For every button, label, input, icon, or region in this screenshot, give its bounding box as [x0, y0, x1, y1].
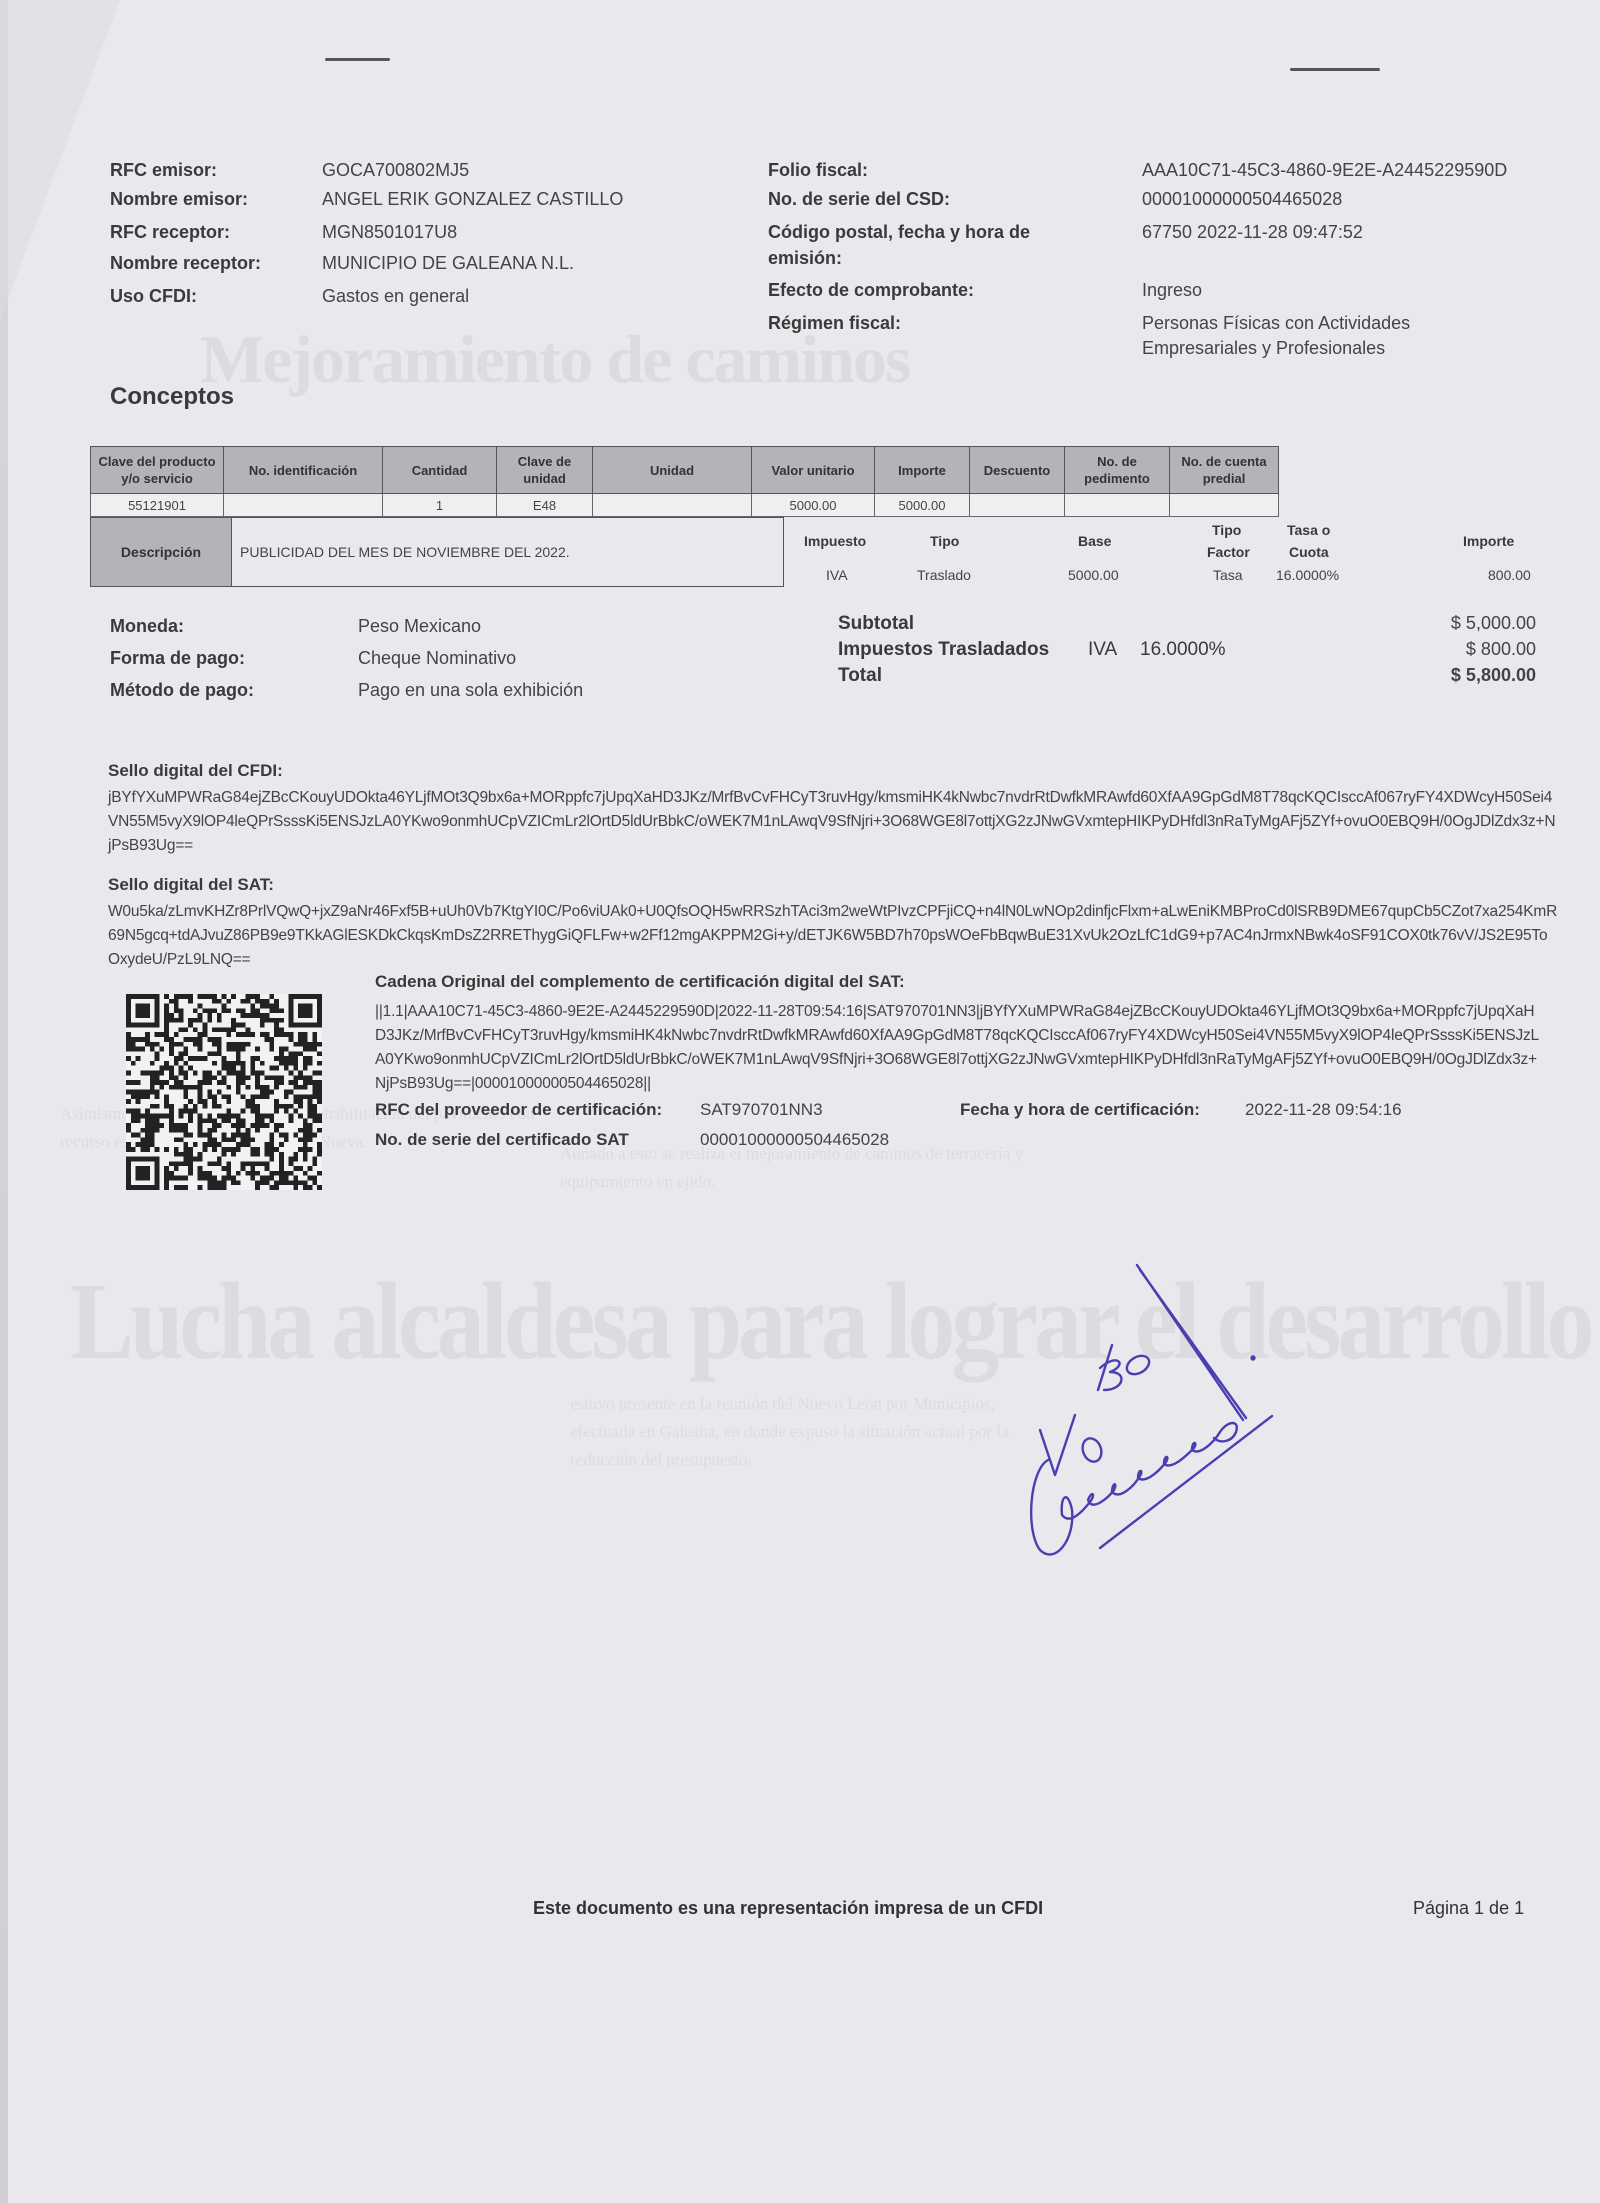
col-no-pedimento: No. de pedimento	[1065, 447, 1170, 494]
base-value: 5000.00	[1068, 567, 1119, 583]
subtotal-value: $ 5,000.00	[1336, 613, 1536, 634]
tipo-factor-header-2: Factor	[1207, 544, 1250, 560]
metodo-pago-value: Pago en una sola exhibición	[358, 680, 583, 701]
tasa-header-1: Tasa o	[1287, 522, 1330, 538]
codigo-postal-label: Código postal, fecha y hora de	[768, 222, 1030, 243]
uso-cfdi-value: Gastos en general	[322, 286, 469, 307]
col-importe: Importe	[875, 447, 970, 494]
forma-pago-value: Cheque Nominativo	[358, 648, 516, 669]
folded-corner	[0, 0, 120, 320]
nombre-receptor-label: Nombre receptor:	[110, 253, 322, 274]
rfc-emisor-label: RFC emisor:	[110, 160, 322, 181]
moneda-label: Moneda:	[110, 616, 184, 637]
codigo-postal-value: 67750 2022-11-28 09:47:52	[1142, 222, 1363, 243]
tasa-header-2: Cuota	[1289, 544, 1329, 560]
rfc-proveedor-value: SAT970701NN3	[700, 1100, 823, 1120]
uso-cfdi-label: Uso CFDI:	[110, 286, 322, 307]
descripcion-value: PUBLICIDAD DEL MES DE NOVIEMBRE DEL 2022…	[232, 518, 783, 586]
cell	[224, 494, 383, 517]
signature-stroke-v	[1040, 1415, 1075, 1475]
base-header: Base	[1078, 533, 1111, 549]
tipo-value: Traslado	[917, 567, 971, 583]
cell	[970, 494, 1065, 517]
total-value: $ 5,800.00	[1336, 665, 1536, 686]
serie-sat-label: No. de serie del certificado SAT	[375, 1130, 629, 1150]
col-clave-producto: Clave del producto y/o servicio	[91, 447, 224, 494]
tipo-factor-header-1: Tipo	[1212, 522, 1241, 538]
importe-header: Importe	[1463, 533, 1514, 549]
impuesto-value: IVA	[826, 567, 848, 583]
folio-fiscal-value: AAA10C71-45C3-4860-9E2E-A2445229590D	[1142, 160, 1507, 181]
col-no-identificacion: No. identificación	[224, 447, 383, 494]
bleed-through-headline: Lucha alcaldesa para lograr el desarroll…	[70, 1257, 1600, 1385]
col-descuento: Descuento	[970, 447, 1065, 494]
importe-value: 800.00	[1488, 567, 1531, 583]
cadena-original-title: Cadena Original del complemento de certi…	[375, 972, 905, 992]
cell: 5000.00	[875, 494, 970, 517]
descripcion-box: Descripción PUBLICIDAD DEL MES DE NOVIEM…	[90, 517, 784, 587]
rfc-emisor-value: GOCA700802MJ5	[322, 160, 469, 181]
total-label: Total	[838, 665, 882, 687]
fecha-certificacion-value: 2022-11-28 09:54:16	[1245, 1100, 1402, 1120]
rfc-receptor-label: RFC receptor:	[110, 222, 322, 243]
col-cantidad: Cantidad	[383, 447, 497, 494]
scan-edge	[0, 0, 8, 2203]
serie-csd-value: 00001000000504465028	[1142, 189, 1342, 210]
regimen-label: Régimen fiscal:	[768, 313, 901, 334]
sello-cfdi-value: jBYfYXuMPWRaG84ejZBcCKouyUDOkta46YLjfMOt…	[108, 786, 1558, 858]
rfc-receptor-value: MGN8501017U8	[322, 222, 457, 243]
impuestos-tax-name: IVA	[1088, 639, 1117, 661]
subtotal-label: Subtotal	[838, 613, 914, 635]
col-unidad: Unidad	[593, 447, 752, 494]
efecto-value: Ingreso	[1142, 280, 1202, 301]
regimen-value-1: Personas Físicas con Actividades	[1142, 313, 1410, 334]
col-valor-unitario: Valor unitario	[752, 447, 875, 494]
cell	[1170, 494, 1279, 517]
serie-sat-value: 00001000000504465028	[700, 1130, 889, 1150]
staple-mark	[325, 58, 390, 61]
tasa-value: 16.0000%	[1276, 567, 1339, 583]
codigo-postal-label-cont: emisión:	[768, 248, 842, 269]
footer-note: Este documento es una representación imp…	[533, 1898, 1043, 1919]
rfc-proveedor-label: RFC del proveedor de certificación:	[375, 1100, 662, 1120]
col-cuenta-predial: No. de cuenta predial	[1170, 447, 1279, 494]
sello-sat-value: W0u5ka/zLmvKHZr8PrlVQwQ+jxZ9aNr46Fxf5B+u…	[108, 900, 1558, 972]
col-clave-unidad: Clave de unidad	[497, 447, 593, 494]
tipo-header: Tipo	[930, 533, 959, 549]
impuestos-value: $ 800.00	[1336, 639, 1536, 660]
folio-fiscal-label: Folio fiscal:	[768, 160, 868, 181]
nombre-emisor-value: ANGEL ERIK GONZALEZ CASTILLO	[322, 189, 623, 210]
handwritten-signature	[1000, 1250, 1320, 1570]
moneda-value: Peso Mexicano	[358, 616, 481, 637]
cell: 1	[383, 494, 497, 517]
bleed-through-text: estuvo presente en la reunión del Nuevo …	[570, 1390, 1010, 1474]
impuestos-trasladados-label: Impuestos Trasladados	[838, 639, 1049, 661]
impuestos-tax-rate: 16.0000%	[1140, 639, 1226, 661]
forma-pago-label: Forma de pago:	[110, 648, 245, 669]
fecha-certificacion-label: Fecha y hora de certificación:	[960, 1100, 1200, 1120]
cell: 5000.00	[752, 494, 875, 517]
efecto-label: Efecto de comprobante:	[768, 280, 974, 301]
cadena-original-value: ||1.1|AAA10C71-45C3-4860-9E2E-A244522959…	[375, 1000, 1545, 1096]
conceptos-table: Clave del producto y/o servicio No. iden…	[90, 446, 1279, 517]
serie-csd-label: No. de serie del CSD:	[768, 189, 950, 210]
staple-mark	[1290, 68, 1380, 71]
cell	[593, 494, 752, 517]
cell: E48	[497, 494, 593, 517]
conceptos-title: Conceptos	[110, 383, 234, 411]
cell	[1065, 494, 1170, 517]
metodo-pago-label: Método de pago:	[110, 680, 254, 701]
page-number: Página 1 de 1	[1413, 1898, 1524, 1919]
impuesto-header: Impuesto	[804, 533, 866, 549]
qr-code	[126, 994, 322, 1190]
table-row: 55121901 1 E48 5000.00 5000.00	[91, 494, 1279, 517]
nombre-emisor-label: Nombre emisor:	[110, 189, 322, 210]
nombre-receptor-value: MUNICIPIO DE GALEANA N.L.	[322, 253, 574, 274]
tipo-factor-value: Tasa	[1213, 567, 1243, 583]
regimen-value-2: Empresariales y Profesionales	[1142, 338, 1385, 359]
sello-cfdi-title: Sello digital del CFDI:	[108, 761, 283, 781]
sello-sat-title: Sello digital del SAT:	[108, 875, 274, 895]
cell: 55121901	[91, 494, 224, 517]
descripcion-label: Descripción	[91, 518, 232, 586]
